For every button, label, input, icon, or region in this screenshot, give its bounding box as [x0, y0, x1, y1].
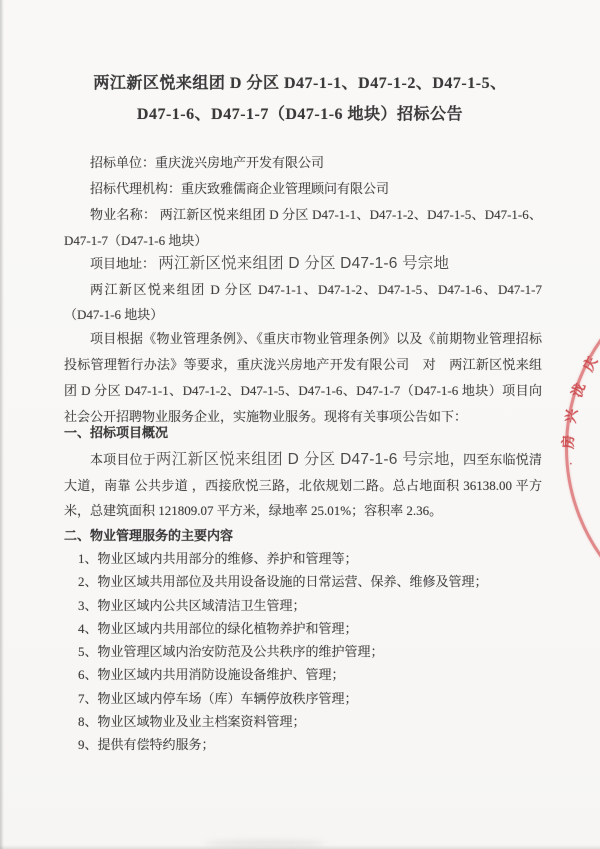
- service-item-9: 9、提供有偿特约服务；: [78, 733, 556, 756]
- document-title-line1: 两江新区悦来组团 D 分区 D47-1-1、D47-1-2、D47-1-5、: [0, 68, 600, 99]
- seal-char-4: 房: [558, 435, 578, 450]
- project-address-label: 项目地址：: [90, 256, 155, 271]
- service-item-4: 4、物业区域内共用部位的绿化植物养护和管理；: [78, 617, 556, 640]
- project-address-value: 两江新区悦来组团 D 分区 D47-1-6 号宗地: [158, 255, 449, 272]
- service-item-6: 6、物业区域内共用消防设施设备维护、管理；: [78, 663, 556, 686]
- service-item-2: 2、物业区域共用部位及共用设备设施的日常运营、保养、维修及管理；: [78, 570, 556, 593]
- property-name-label: 物业名称：: [90, 207, 160, 222]
- project-overview-paragraph: 本项目位于两江新区悦来组团 D 分区 D47-1-6 号宗地，四至东临悦清大道，…: [64, 447, 542, 524]
- property-name-row: 物业名称： 两江新区悦来组团 D 分区 D47-1-1、D47-1-2、D47-…: [64, 202, 542, 254]
- overview-parcel-highlight: 两江新区悦来组团 D 分区 D47-1-6 号宗地: [156, 451, 450, 468]
- section2-heading: 二、物业管理服务的主要内容: [64, 524, 542, 548]
- scan-smudge-bottom: [205, 840, 325, 847]
- section1-heading: 一、招标项目概况: [64, 420, 542, 445]
- seal-char-3: 兴: [560, 407, 582, 424]
- service-item-8: 8、物业区域物业及业主档案资料管理；: [78, 710, 556, 733]
- service-item-3: 3、物业区域内公共区域清洁卫生管理；: [78, 594, 556, 617]
- agency-label: 招标代理机构：: [90, 181, 181, 196]
- tenderer-label: 招标单位：: [90, 155, 155, 170]
- tenderer-value: 重庆泷兴房地产开发有限公司: [155, 155, 324, 170]
- document-title: 两江新区悦来组团 D 分区 D47-1-1、D47-1-2、D47-1-5、 D…: [0, 68, 600, 130]
- agency-value: 重庆致雅儒商企业管理顾问有限公司: [181, 181, 389, 196]
- basis-paragraph: 项目根据《物业管理条例》、《重庆市物业管理条例》以及《前期物业管理招标投标管理暂…: [64, 326, 542, 430]
- project-address-row: 项目地址： 两江新区悦来组团 D 分区 D47-1-6 号宗地: [64, 251, 568, 277]
- service-items-list: 1、物业区域内共用部分的维修、养护和管理等； 2、物业区域共用部位及共用设备设施…: [64, 547, 556, 757]
- service-item-1: 1、物业区域内共用部分的维修、养护和管理等；: [78, 547, 556, 570]
- tenderer-row: 招标单位：重庆泷兴房地产开发有限公司: [64, 150, 568, 176]
- service-item-5: 5、物业管理区域内治安防范及公共秩序的维护管理；: [78, 640, 556, 663]
- document-title-line2: D47-1-6、D47-1-7（D47-1-6 地块）招标公告: [0, 99, 600, 130]
- overview-prefix: 本项目位于: [90, 452, 156, 467]
- scanned-tender-announcement-page: 两江新区悦来组团 D 分区 D47-1-1、D47-1-2、D47-1-5、 D…: [0, 0, 600, 849]
- parcel-paragraph: 两江新区悦来组团 D 分区 D47-1-1、D47-1-2、D47-1-5、D4…: [64, 277, 542, 327]
- agency-row: 招标代理机构：重庆致雅儒商企业管理顾问有限公司: [64, 176, 568, 202]
- service-item-7: 7、物业区域内停车场（库）车辆停放秩序管理；: [78, 687, 556, 710]
